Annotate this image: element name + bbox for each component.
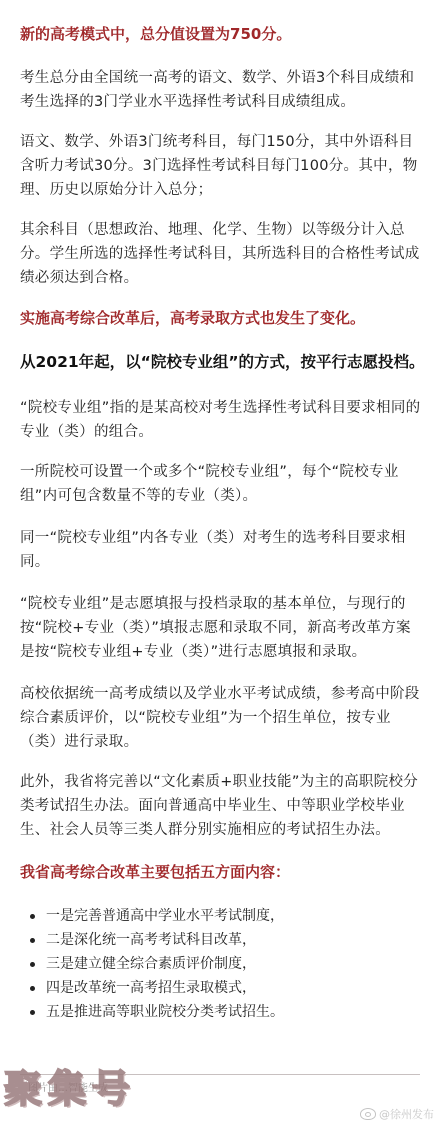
- paragraph-major-group-count: 一所院校可设置一个或多个“院校专业组”，每个“院校专业组”内可包含数量不等的专业…: [20, 460, 425, 508]
- paragraph-major-group-requirements: 同一“院校专业组”内各专业（类）对考生的选考科目要求相同。: [20, 526, 425, 574]
- paragraph-major-group-definition: “院校专业组”指的是某高校对考生选择性考试科目要求相同的专业（类）的组合。: [20, 396, 425, 444]
- list-item-text: 四是改革统一高考招生录取模式，: [46, 980, 256, 996]
- section-heading-five-aspects: 我省高考综合改革主要包括五方面内容：: [20, 860, 430, 884]
- paragraph-total-score-composition: 考生总分由全国统一高考的语文、数学、外语3个科目成绩和考生选择的3门学业水平选择…: [20, 66, 425, 114]
- paragraph-admission-basis: 高校依据统一高考成绩以及学业水平考试成绩，参考高中阶段综合素质评价，以“院校专业…: [20, 682, 425, 754]
- list-item-text: 三是建立健全综合素质评价制度，: [46, 956, 256, 972]
- list-item: 二是深化统一高考考试科目改革，: [20, 928, 420, 952]
- section-heading-admission-change: 实施高考综合改革后，高考录取方式也发生了变化。: [20, 306, 430, 330]
- list-item-text: 一是完善普通高中学业水平考试制度，: [46, 908, 284, 924]
- section-heading-total-score: 新的高考模式中，总分值设置为750分。: [20, 22, 430, 46]
- watermark-logo: 聚集号: [4, 1058, 136, 1113]
- section-heading-2021-policy: 从2021年起，以“院校专业组”的方式，按平行志愿投档。: [20, 350, 430, 374]
- paragraph-subject-scores: 语文、数学、外语3门统考科目，每门150分，其中外语科目含听力考试30分。3门选…: [20, 130, 425, 202]
- list-item-text: 二是深化统一高考考试科目改革，: [46, 932, 256, 948]
- list-item: 三是建立健全综合素质评价制度，: [20, 952, 420, 976]
- bullet-icon: [30, 986, 35, 991]
- paragraph-vocational-admission: 此外，我省将完善以“文化素质+职业技能”为主的高职院校分类考试招生办法。面向普通…: [20, 770, 425, 842]
- bullet-icon: [30, 938, 35, 943]
- weibo-handle: @徐州发布: [379, 1106, 434, 1122]
- list-item: 四是改革统一高考招生录取模式，: [20, 976, 420, 1000]
- list-item: 五是推进高等职业院校分类考试招生。: [20, 1000, 420, 1024]
- reform-aspects-list: 一是完善普通高中学业水平考试制度， 二是深化统一高考考试科目改革， 三是建立健全…: [20, 904, 420, 1024]
- weibo-watermark: @徐州发布: [360, 1106, 434, 1122]
- bullet-icon: [30, 962, 35, 967]
- paragraph-major-group-basic-unit: “院校专业组”是志愿填报与投档录取的基本单位，与现行的按“院校+专业（类）”填报…: [20, 592, 425, 664]
- list-item-text: 五是推进高等职业院校分类考试招生。: [46, 1004, 284, 1020]
- bullet-icon: [30, 1010, 35, 1015]
- paragraph-other-subjects: 其余科目（思想政治、地理、化学、生物）以等级分计入总分。学生所选的选择性考试科目…: [20, 218, 425, 290]
- bullet-icon: [30, 914, 35, 919]
- weibo-icon: [360, 1108, 376, 1120]
- list-item: 一是完善普通高中学业水平考试制度，: [20, 904, 420, 928]
